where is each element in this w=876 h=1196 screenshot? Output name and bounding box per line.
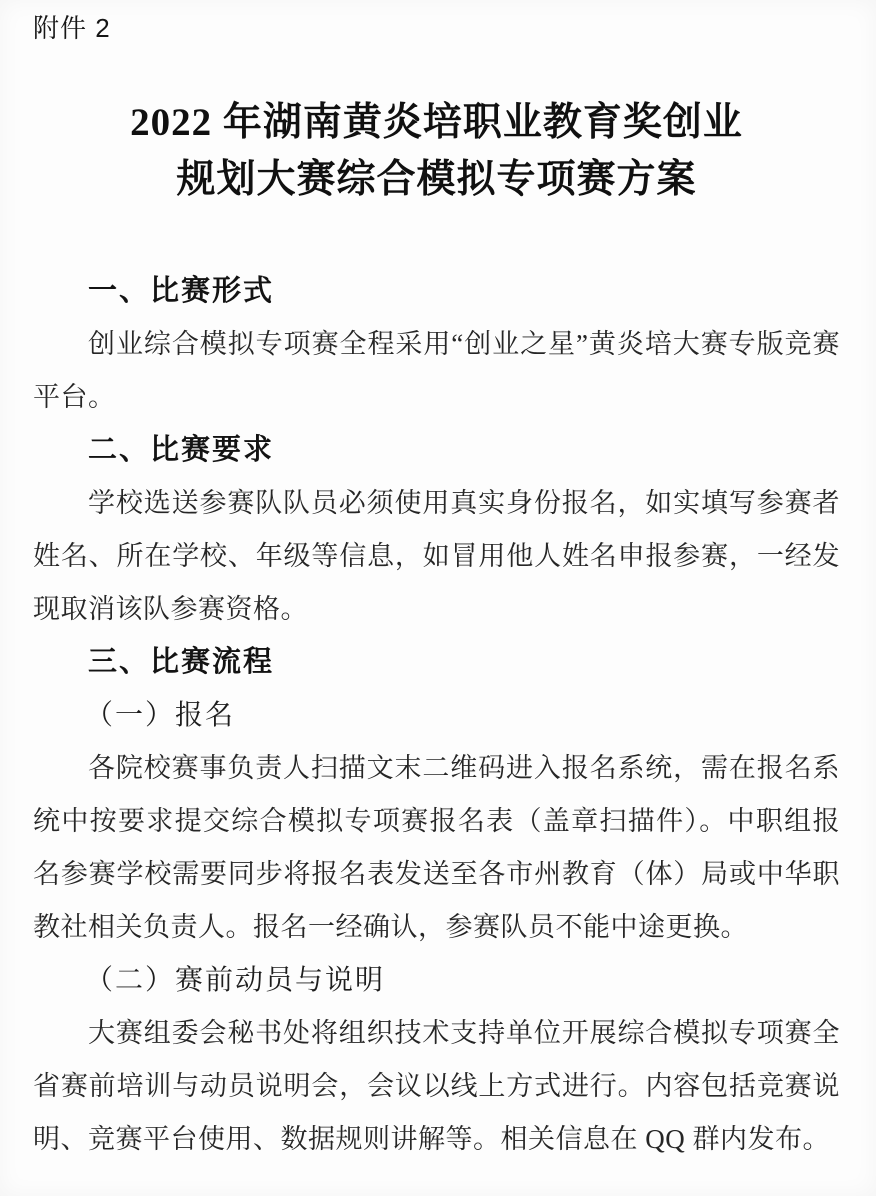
document-title-line-2: 规划大赛综合模拟专项赛方案 xyxy=(33,151,840,208)
section-heading: 二、比赛要求 xyxy=(33,424,840,477)
subsection-heading: （二）赛前动员与说明 xyxy=(33,954,840,1007)
body-paragraph: 创业综合模拟专项赛全程采用“创业之星”黄炎培大赛专版竞赛平台。 xyxy=(33,318,840,424)
body-paragraph: 大赛组委会秘书处将组织技术支持单位开展综合模拟专项赛全省赛前培训与动员说明会，会… xyxy=(33,1007,840,1166)
subsection-heading: （一）报名 xyxy=(33,689,840,742)
body-paragraph: 各院校赛事负责人扫描文末二维码进入报名系统，需在报名系统中按要求提交综合模拟专项… xyxy=(33,742,840,954)
section-heading: 一、比赛形式 xyxy=(33,265,840,318)
section-heading: 三、比赛流程 xyxy=(33,636,840,689)
document-body: 一、比赛形式创业综合模拟专项赛全程采用“创业之星”黄炎培大赛专版竞赛平台。二、比… xyxy=(33,265,840,1166)
document-page: 附件 2 2022 年湖南黄炎培职业教育奖创业 规划大赛综合模拟专项赛方案 一、… xyxy=(0,0,876,1196)
document-title: 2022 年湖南黄炎培职业教育奖创业 规划大赛综合模拟专项赛方案 xyxy=(33,94,840,208)
body-paragraph: 学校选送参赛队队员必须使用真实身份报名，如实填写参赛者姓名、所在学校、年级等信息… xyxy=(33,477,840,636)
attachment-label: 附件 2 xyxy=(33,14,840,42)
document-title-line-1: 2022 年湖南黄炎培职业教育奖创业 xyxy=(33,94,840,151)
